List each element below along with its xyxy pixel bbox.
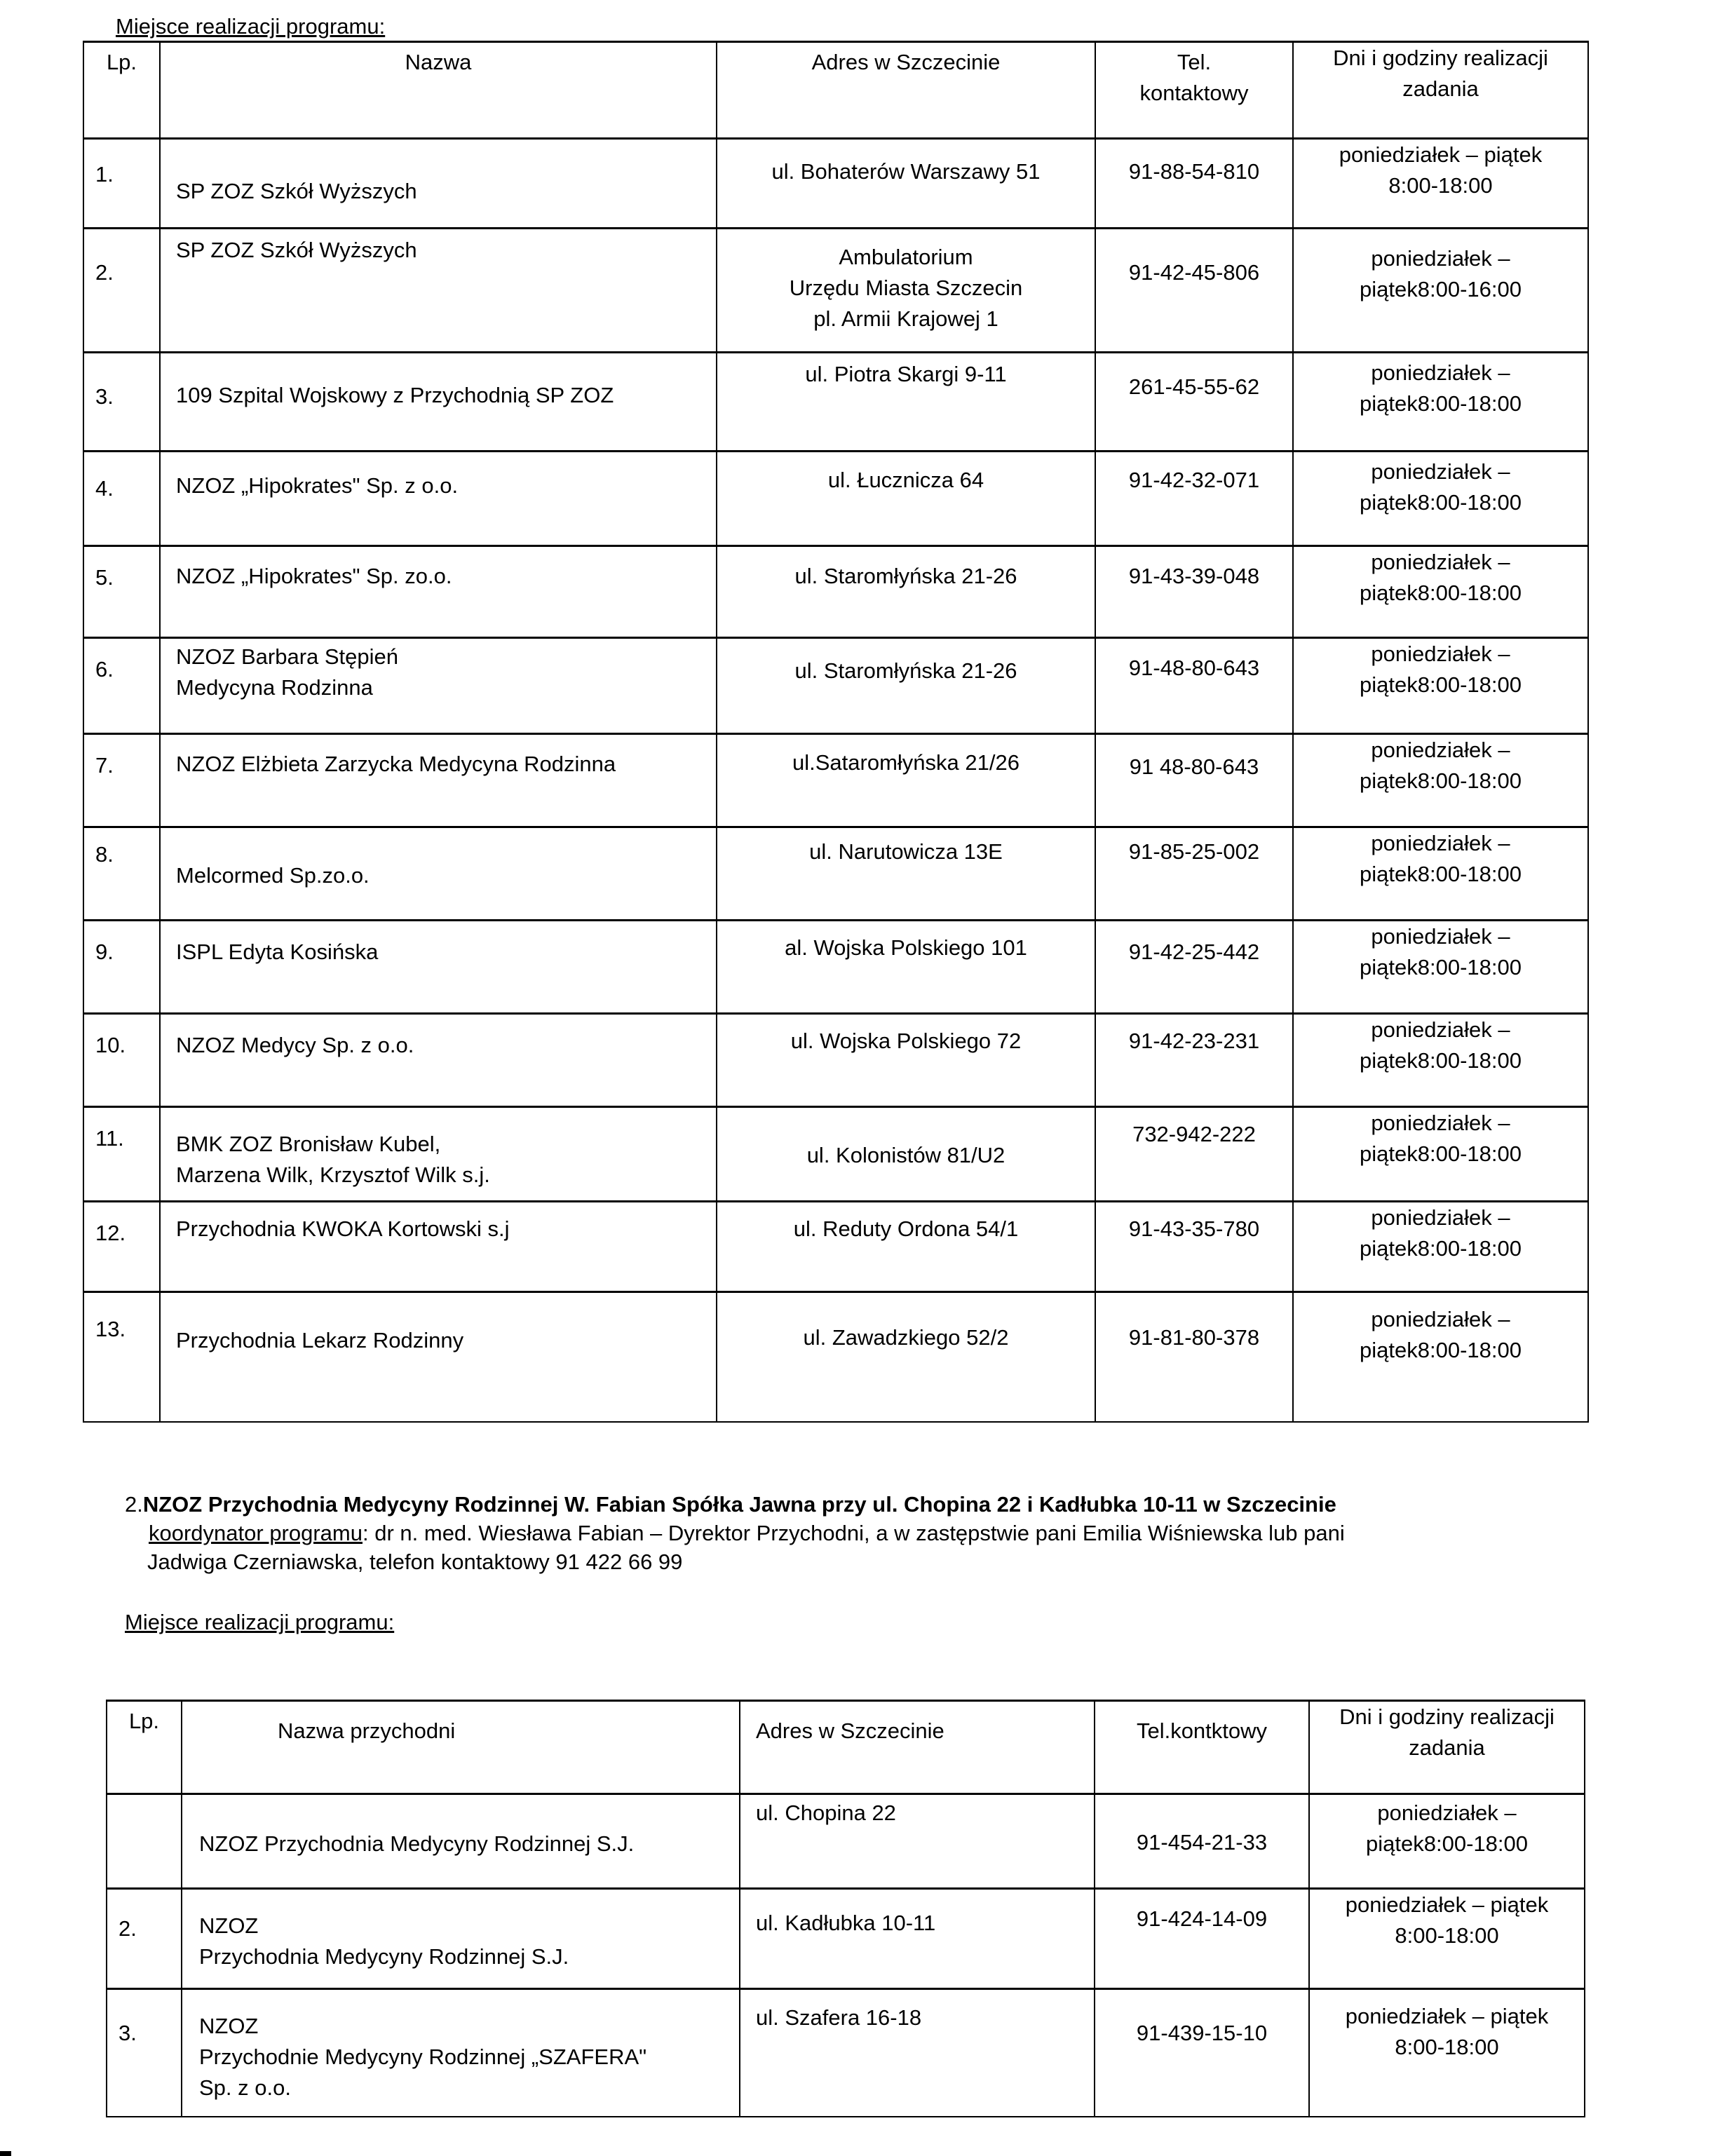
cell-phone: 91-85-25-002 xyxy=(1095,827,1293,921)
table-row: 4.NZOZ „Hipokrates" Sp. z o.o.ul. Łuczni… xyxy=(83,452,1588,546)
cell-lp: 5. xyxy=(83,546,160,638)
cell-phone: 91-81-80-378 xyxy=(1095,1292,1293,1422)
table-row: 2.NZOZPrzychodnia Medycyny Rodzinnej S.J… xyxy=(107,1889,1585,1989)
cell-address: ul. Chopina 22 xyxy=(740,1794,1095,1889)
phone-text: 91-43-39-048 xyxy=(1129,564,1259,588)
cell-address: AmbulatoriumUrzędu Miasta Szczecinpl. Ar… xyxy=(717,229,1095,353)
lp-text: 2. xyxy=(118,1916,137,1941)
section-2-heading: 2.NZOZ Przychodnia Medycyny Rodzinnej W.… xyxy=(125,1490,1597,1519)
cell-name: NZOZ „Hipokrates" Sp. zo.o. xyxy=(160,546,717,638)
scan-mark xyxy=(0,2151,11,2156)
header-address: Adres w Szczecinie xyxy=(717,42,1095,139)
cell-address: ul. Kolonistów 81/U2 xyxy=(717,1107,1095,1202)
cell-hours: poniedziałek – piątek8:00-18:00 xyxy=(1293,139,1588,229)
cell-lp: 3. xyxy=(83,353,160,452)
phone-text: 91-439-15-10 xyxy=(1137,2021,1267,2045)
cell-address: ul. Zawadzkiego 52/2 xyxy=(717,1292,1095,1422)
header-name-text: Nazwa xyxy=(405,50,472,74)
cell-address: ul.Sataromłyńska 21/26 xyxy=(717,734,1095,827)
cell-hours: poniedziałek –piątek8:00-18:00 xyxy=(1293,353,1588,452)
phone-text: 91-42-32-071 xyxy=(1129,468,1259,492)
cell-lp: 4. xyxy=(83,452,160,546)
facilities-table-1: Lp.NazwaAdres w SzczecinieTel.kontaktowy… xyxy=(83,41,1589,1423)
cell-phone: 91-424-14-09 xyxy=(1095,1889,1309,1989)
phone-text: 91 48-80-643 xyxy=(1130,754,1259,779)
header-address-text: Adres w Szczecinie xyxy=(812,50,1001,74)
cell-name: NZOZ Barbara StępieńMedycyna Rodzinna xyxy=(160,638,717,734)
phone-text: 91-43-35-780 xyxy=(1129,1216,1259,1241)
cell-phone: 91-43-35-780 xyxy=(1095,1202,1293,1292)
place-label-1: Miejsce realizacji programu: xyxy=(116,14,385,39)
table-row: 13.Przychodnia Lekarz Rodzinnyul. Zawadz… xyxy=(83,1292,1588,1422)
coordinator-line-1: koordynator programu: dr n. med. Wiesław… xyxy=(149,1519,1593,1547)
cell-name: Przychodnia KWOKA Kortowski s.j xyxy=(160,1202,717,1292)
phone-text: 91-88-54-810 xyxy=(1129,159,1259,184)
header-phone: Tel.kontaktowy xyxy=(1095,42,1293,139)
cell-name: NZOZ Medycy Sp. z o.o. xyxy=(160,1014,717,1107)
cell-hours: poniedziałek – piątek8:00-18:00 xyxy=(1309,1889,1585,1989)
cell-lp: 8. xyxy=(83,827,160,921)
cell-name: Melcormed Sp.zo.o. xyxy=(160,827,717,921)
lp-text: 13. xyxy=(95,1317,126,1341)
table-row: 11.BMK ZOZ Bronisław Kubel,Marzena Wilk,… xyxy=(83,1107,1588,1202)
lp-text: 2. xyxy=(95,260,114,285)
cell-phone: 91-48-80-643 xyxy=(1095,638,1293,734)
header-name: Nazwa przychodni xyxy=(182,1701,740,1794)
table-row: NZOZ Przychodnia Medycyny Rodzinnej S.J.… xyxy=(107,1794,1585,1889)
cell-name: NZOZPrzychodnie Medycyny Rodzinnej „SZAF… xyxy=(182,1989,740,2117)
table-row: 8.Melcormed Sp.zo.o.ul. Narutowicza 13E9… xyxy=(83,827,1588,921)
lp-text: 4. xyxy=(95,476,114,501)
cell-name: BMK ZOZ Bronisław Kubel,Marzena Wilk, Kr… xyxy=(160,1107,717,1202)
header-address: Adres w Szczecinie xyxy=(740,1701,1095,1794)
phone-text: 91-81-80-378 xyxy=(1129,1325,1259,1350)
cell-phone: 91-42-25-442 xyxy=(1095,921,1293,1014)
cell-address: ul. Staromłyńska 21-26 xyxy=(717,546,1095,638)
phone-text: 91-454-21-33 xyxy=(1137,1830,1267,1855)
cell-name: NZOZ „Hipokrates" Sp. z o.o. xyxy=(160,452,717,546)
cell-name: Przychodnia Lekarz Rodzinny xyxy=(160,1292,717,1422)
cell-address: ul. Piotra Skargi 9-11 xyxy=(717,353,1095,452)
cell-name: NZOZPrzychodnia Medycyny Rodzinnej S.J. xyxy=(182,1889,740,1989)
phone-text: 91-42-23-231 xyxy=(1129,1029,1259,1053)
lp-text: 11. xyxy=(95,1126,124,1151)
table-header-row: Lp.NazwaAdres w SzczecinieTel.kontaktowy… xyxy=(83,42,1588,139)
table-header-row: Lp.Nazwa przychodniAdres w SzczecinieTel… xyxy=(107,1701,1585,1794)
phone-text: 91-48-80-643 xyxy=(1129,656,1259,680)
cell-name: SP ZOZ Szkół Wyższych xyxy=(160,229,717,353)
cell-hours: poniedziałek –piątek8:00-18:00 xyxy=(1293,1107,1588,1202)
header-hours: Dni i godziny realizacjizadania xyxy=(1309,1701,1585,1794)
table-row: 12.Przychodnia KWOKA Kortowski s.jul. Re… xyxy=(83,1202,1588,1292)
cell-phone: 91-454-21-33 xyxy=(1095,1794,1309,1889)
cell-hours: poniedziałek –piątek8:00-18:00 xyxy=(1293,1014,1588,1107)
place-label-2: Miejsce realizacji programu: xyxy=(125,1610,394,1635)
cell-name: NZOZ Przychodnia Medycyny Rodzinnej S.J. xyxy=(182,1794,740,1889)
coordinator-label: koordynator programu xyxy=(149,1521,363,1545)
table-row: 7.NZOZ Elżbieta Zarzycka Medycyna Rodzin… xyxy=(83,734,1588,827)
cell-hours: poniedziałek –piątek8:00-18:00 xyxy=(1293,734,1588,827)
header-address-text: Adres w Szczecinie xyxy=(756,1718,944,1743)
cell-hours: poniedziałek –piątek8:00-18:00 xyxy=(1309,1794,1585,1889)
header-phone-text: Tel.kontktowy xyxy=(1137,1718,1267,1743)
cell-phone: 91-43-39-048 xyxy=(1095,546,1293,638)
cell-hours: poniedziałek –piątek8:00-18:00 xyxy=(1293,638,1588,734)
table-row: 1.SP ZOZ Szkół Wyższychul. Bohaterów War… xyxy=(83,139,1588,229)
phone-text: 732-942-222 xyxy=(1132,1122,1256,1146)
lp-text: 12. xyxy=(95,1221,126,1245)
cell-lp: 9. xyxy=(83,921,160,1014)
cell-hours: poniedziałek –piątek8:00-18:00 xyxy=(1293,1202,1588,1292)
lp-text: 6. xyxy=(95,657,114,682)
cell-hours: poniedziałek –piątek8:00-18:00 xyxy=(1293,921,1588,1014)
cell-phone: 261-45-55-62 xyxy=(1095,353,1293,452)
cell-phone: 91-42-23-231 xyxy=(1095,1014,1293,1107)
cell-lp: 3. xyxy=(107,1989,182,2117)
lp-text: 5. xyxy=(95,565,114,590)
header-phone: Tel.kontktowy xyxy=(1095,1701,1309,1794)
cell-phone: 91-439-15-10 xyxy=(1095,1989,1309,2117)
header-lp: Lp. xyxy=(83,42,160,139)
header-hours: Dni i godziny realizacjizadania xyxy=(1293,42,1588,139)
cell-address: ul. Łucznicza 64 xyxy=(717,452,1095,546)
cell-hours: poniedziałek –piątek8:00-18:00 xyxy=(1293,827,1588,921)
table-row: 10.NZOZ Medycy Sp. z o.o.ul. Wojska Pols… xyxy=(83,1014,1588,1107)
section-2-title: NZOZ Przychodnia Medycyny Rodzinnej W. F… xyxy=(143,1492,1336,1517)
lp-text: 1. xyxy=(95,162,114,187)
coordinator-line-2: Jadwiga Czerniawska, telefon kontaktowy … xyxy=(147,1547,682,1576)
cell-address: ul. Reduty Ordona 54/1 xyxy=(717,1202,1095,1292)
phone-text: 91-42-45-806 xyxy=(1129,260,1259,285)
cell-name: SP ZOZ Szkół Wyższych xyxy=(160,139,717,229)
table-row: 3.NZOZPrzychodnie Medycyny Rodzinnej „SZ… xyxy=(107,1989,1585,2117)
cell-address: ul. Bohaterów Warszawy 51 xyxy=(717,139,1095,229)
table-row: 9.ISPL Edyta Kosińskaal. Wojska Polskieg… xyxy=(83,921,1588,1014)
table-row: 6.NZOZ Barbara StępieńMedycyna Rodzinnau… xyxy=(83,638,1588,734)
cell-lp: 10. xyxy=(83,1014,160,1107)
cell-lp: 2. xyxy=(107,1889,182,1989)
cell-address: al. Wojska Polskiego 101 xyxy=(717,921,1095,1014)
cell-lp: 11. xyxy=(83,1107,160,1202)
cell-lp: 13. xyxy=(83,1292,160,1422)
header-name: Nazwa xyxy=(160,42,717,139)
table-row: 2.SP ZOZ Szkół WyższychAmbulatoriumUrzęd… xyxy=(83,229,1588,353)
cell-lp: 6. xyxy=(83,638,160,734)
lp-text: 7. xyxy=(95,753,114,778)
coordinator-text: : dr n. med. Wiesława Fabian – Dyrektor … xyxy=(363,1521,1345,1545)
header-lp-text: Lp. xyxy=(129,1709,159,1733)
table-row: 3.109 Szpital Wojskowy z Przychodnią SP … xyxy=(83,353,1588,452)
cell-phone: 91-42-45-806 xyxy=(1095,229,1293,353)
cell-address: ul. Szafera 16-18 xyxy=(740,1989,1095,2117)
cell-phone: 91 48-80-643 xyxy=(1095,734,1293,827)
cell-hours: poniedziałek –piątek8:00-16:00 xyxy=(1293,229,1588,353)
cell-hours: poniedziałek – piątek8:00-18:00 xyxy=(1309,1989,1585,2117)
phone-text: 91-85-25-002 xyxy=(1129,839,1259,864)
cell-hours: poniedziałek –piątek8:00-18:00 xyxy=(1293,1292,1588,1422)
section-2-number: 2. xyxy=(125,1492,143,1517)
cell-lp: 2. xyxy=(83,229,160,353)
cell-address: ul. Kadłubka 10-11 xyxy=(740,1889,1095,1989)
lp-text: 8. xyxy=(95,842,114,867)
cell-address: ul. Wojska Polskiego 72 xyxy=(717,1014,1095,1107)
cell-lp: 1. xyxy=(83,139,160,229)
cell-address: ul. Staromłyńska 21-26 xyxy=(717,638,1095,734)
cell-phone: 91-88-54-810 xyxy=(1095,139,1293,229)
phone-text: 261-45-55-62 xyxy=(1129,374,1259,399)
header-name-text: Nazwa przychodni xyxy=(278,1718,455,1743)
lp-text: 10. xyxy=(95,1033,126,1057)
table-row: 5.NZOZ „Hipokrates" Sp. zo.o.ul. Staromł… xyxy=(83,546,1588,638)
lp-text: 9. xyxy=(95,940,114,964)
cell-name: 109 Szpital Wojskowy z Przychodnią SP ZO… xyxy=(160,353,717,452)
cell-hours: poniedziałek –piątek8:00-18:00 xyxy=(1293,546,1588,638)
facilities-table-2: Lp.Nazwa przychodniAdres w SzczecinieTel… xyxy=(106,1700,1585,2117)
cell-lp: 12. xyxy=(83,1202,160,1292)
lp-text: 3. xyxy=(118,2021,137,2045)
cell-lp xyxy=(107,1794,182,1889)
cell-address: ul. Narutowicza 13E xyxy=(717,827,1095,921)
cell-name: NZOZ Elżbieta Zarzycka Medycyna Rodzinna xyxy=(160,734,717,827)
cell-phone: 91-42-32-071 xyxy=(1095,452,1293,546)
lp-text: 3. xyxy=(95,384,114,409)
header-lp: Lp. xyxy=(107,1701,182,1794)
cell-name: ISPL Edyta Kosińska xyxy=(160,921,717,1014)
cell-phone: 732-942-222 xyxy=(1095,1107,1293,1202)
phone-text: 91-42-25-442 xyxy=(1129,940,1259,964)
cell-lp: 7. xyxy=(83,734,160,827)
phone-text: 91-424-14-09 xyxy=(1137,1906,1267,1931)
header-lp-text: Lp. xyxy=(107,50,137,74)
cell-hours: poniedziałek –piątek8:00-18:00 xyxy=(1293,452,1588,546)
